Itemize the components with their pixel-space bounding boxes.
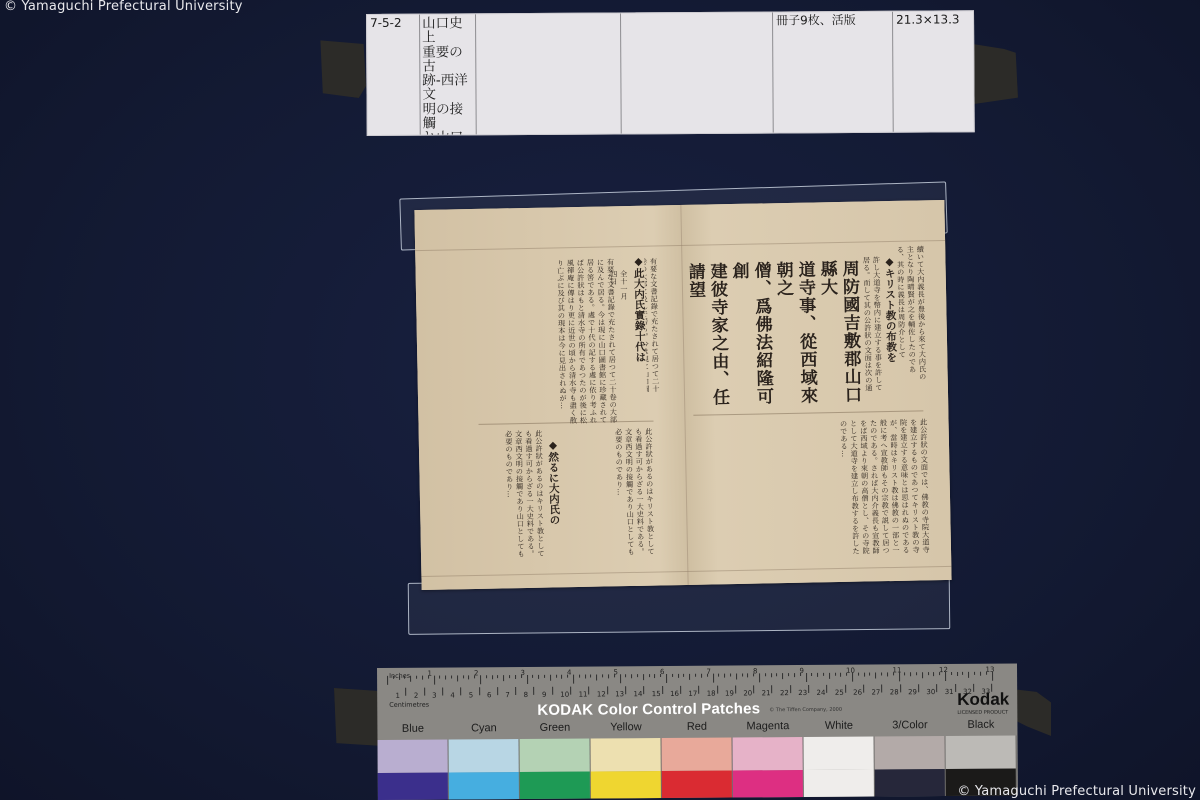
- patch-swatch-light: [661, 738, 731, 771]
- patch-white: [803, 737, 874, 797]
- ruler-inch-number: 10: [846, 667, 855, 675]
- intro-text: 續いて大内義長が豊後から來て大内氏の主となり陶晴賢が之を輔佐したのである、其の時…: [897, 245, 928, 386]
- ruler-tick: [451, 675, 452, 678]
- patch-swatch-light: [732, 737, 802, 770]
- body-text: 此公許狀があるのはキリスト教としても看過す可からざる一大史料である。文章西文明の…: [444, 430, 546, 562]
- ruler-cm-number: 29: [908, 688, 917, 696]
- ruler-tick: [457, 675, 458, 681]
- ruler-tick: [486, 675, 487, 678]
- ruler-tick: [747, 673, 748, 677]
- ruler-tick: [442, 688, 443, 696]
- ruler-cm-number: 8: [524, 691, 529, 699]
- ruler-cm-number: 10: [560, 691, 569, 699]
- ruler-tick: [479, 687, 480, 695]
- ruler-tick: [631, 674, 632, 678]
- ruler-cm-number: 17: [688, 690, 697, 698]
- ruler-tick: [552, 687, 553, 695]
- intro-text: 許し大道寺を幣内に建立する事を許して居る。而して其の公許狀の文面は次の通である……: [861, 256, 884, 396]
- ruler-cm-number: 3: [432, 692, 437, 700]
- ruler-tick: [957, 672, 958, 676]
- patch-green: [519, 739, 590, 799]
- ruler-tick: [637, 674, 638, 677]
- ruler-tick: [680, 686, 681, 694]
- ruler-tick: [955, 684, 956, 692]
- body-text: 有要な文書記錄で充たされて居つて二十卷の大部に及んで居る。今は現に山口圖書館に珍…: [430, 258, 618, 427]
- ruler-cm-number: 30: [926, 688, 935, 696]
- ruler-inch-number: 9: [800, 667, 805, 675]
- tape-piece: [334, 688, 382, 746]
- ruler-tick: [404, 676, 405, 679]
- ruler-tick: [835, 673, 836, 676]
- ruler-cm-number: 6: [487, 691, 492, 699]
- patch-3color: [874, 736, 945, 796]
- ruler-tick: [643, 686, 644, 694]
- patch-red: [661, 738, 732, 798]
- ruler-tick: [439, 676, 440, 679]
- ruler-tick: [951, 672, 952, 675]
- ruler-tick: [534, 687, 535, 695]
- ruler-tick: [405, 688, 406, 696]
- section-heading: ◆然るに大内氏の: [546, 439, 561, 549]
- ruler-cm-number: 11: [579, 691, 588, 699]
- ruler-tick: [666, 674, 667, 683]
- catalog-size: 21.3×13.3: [893, 11, 974, 131]
- catalog-column-empty: [621, 13, 774, 134]
- ruler-tick: [916, 672, 917, 675]
- ruler-tick: [717, 686, 718, 694]
- chart-copyright: © The Tiffen Company, 2000: [769, 707, 842, 714]
- ruler-cm-number: 2: [414, 692, 419, 700]
- ruler-tick: [492, 675, 493, 679]
- ruler-cm-number: 25: [835, 689, 844, 697]
- ruler-tick: [463, 675, 464, 678]
- ruler-tick: [735, 685, 736, 693]
- copyright-watermark-bottom: © Yamaguchi Prefectural University: [957, 784, 1196, 799]
- ruler-tick: [863, 685, 864, 693]
- kodak-color-control-patches: Inches Centimetres 123456789101112131234…: [377, 664, 1018, 800]
- ruler-cm-number: 31: [945, 688, 954, 696]
- ruler-tick: [497, 687, 498, 695]
- ruler-tick: [387, 676, 388, 685]
- catalog-id: 7-5-2: [367, 15, 421, 135]
- patch-swatch-dark: [662, 771, 732, 798]
- patch-label-white: White: [803, 720, 874, 736]
- catalog-label-card: 7-5-2 山口史上 重要の古 跡-西洋文 明の接觸 と山口と題 する文学 士渡…: [366, 10, 975, 136]
- ruler-inch-number: 12: [939, 666, 948, 674]
- ruler-tick: [460, 687, 461, 695]
- ruler-tick: [416, 676, 417, 679]
- ruler-tick: [607, 686, 608, 694]
- ruler-tick: [589, 687, 590, 695]
- ruler-tick: [829, 673, 830, 679]
- ruler-tick: [678, 674, 679, 678]
- ruler-tick: [573, 675, 574, 684]
- ruler-inch-number: 1: [428, 670, 433, 678]
- copyright-watermark-top: © Yamaguchi Prefectural University: [4, 0, 243, 14]
- ruler-tick: [730, 674, 731, 677]
- ruler-inch-number: 2: [474, 669, 479, 677]
- ruler-tick: [933, 672, 934, 676]
- newspaper-clipping: 全十一月四日 ◆此大内氏實錄十代は 有要な文書記錄で充たされて居つて二十卷の大部…: [414, 200, 951, 590]
- ruler-cm-number: 22: [780, 689, 789, 697]
- ruler-tick: [556, 675, 557, 678]
- patch-yellow: [590, 738, 661, 798]
- ruler-cm-number: 26: [853, 689, 862, 697]
- ruler-tick: [808, 685, 809, 693]
- chart-title: KODAK Color Control Patches: [537, 700, 760, 719]
- ruler-tick: [509, 675, 510, 678]
- patch-swatch-dark: [378, 773, 448, 800]
- catalog-format: 冊子9枚、活版: [773, 12, 894, 133]
- ruler-tick: [410, 676, 411, 682]
- ruler-tick: [550, 675, 551, 681]
- patch-swatch-dark: [449, 772, 519, 799]
- ruler-tick: [980, 672, 981, 676]
- patch-label-green: Green: [519, 722, 590, 738]
- ruler-cm-number: 24: [817, 689, 826, 697]
- ruler-tick: [393, 676, 394, 679]
- patch-swatch-dark: [875, 769, 945, 796]
- ruler-tick: [713, 674, 714, 683]
- ruler-tick: [826, 685, 827, 693]
- ruler-tick: [881, 684, 882, 692]
- ruler-tick: [654, 674, 655, 678]
- tape-piece: [318, 38, 366, 98]
- ruler-tick: [532, 675, 533, 678]
- ruler-tick: [672, 674, 673, 677]
- ruler-tick: [503, 675, 504, 681]
- patch-swatch-dark: [733, 770, 803, 797]
- ruler-tick: [772, 685, 773, 693]
- ruler-tick: [864, 673, 865, 677]
- ruler-tick: [683, 674, 684, 677]
- ruler-tick: [869, 673, 870, 676]
- ruler-tick: [724, 674, 725, 678]
- ruler-tick: [753, 685, 754, 693]
- ruler-tick: [399, 676, 400, 680]
- ruler-marks: 1234567891011121312345678910111213141516…: [377, 664, 1017, 668]
- ruler-tick: [736, 673, 737, 679]
- ruler-cm-number: 16: [670, 690, 679, 698]
- ruler-tick: [561, 675, 562, 679]
- ruler-cm-number: 19: [725, 690, 734, 698]
- ruler-tick: [794, 673, 795, 677]
- patch-label-3color: 3/Color: [874, 719, 945, 735]
- ruler-tick: [570, 687, 571, 695]
- ruler-tick: [974, 672, 975, 675]
- patch-label-yellow: Yellow: [590, 721, 661, 737]
- ruler-tick: [910, 672, 911, 676]
- ruler-cm-label: Centimetres: [389, 701, 429, 709]
- ruler-tick: [515, 687, 516, 695]
- ruler-cm-number: 20: [743, 689, 752, 697]
- catalog-column-empty: [476, 13, 622, 134]
- ruler-cm-number: 12: [597, 690, 606, 698]
- patch-swatch-light: [945, 736, 1015, 769]
- ruler-tick: [928, 672, 929, 675]
- patch-swatch-light: [590, 738, 660, 771]
- patch-label-magenta: Magenta: [732, 720, 803, 736]
- ruler-tick: [887, 672, 888, 676]
- color-patches: [378, 736, 1018, 800]
- ruler-cm-number: 7: [505, 691, 510, 699]
- ruler-tick: [968, 672, 969, 678]
- ruler-tick: [643, 674, 644, 680]
- patch-swatch-dark: [804, 770, 874, 797]
- ruler-tick: [662, 686, 663, 694]
- ruler-tick: [782, 673, 783, 679]
- ruler-tick: [904, 672, 905, 675]
- catalog-title: 山口史上 重要の古 跡-西洋文 明の接觸 と山口と題 する文学 士渡邊世 祐氏の…: [420, 14, 477, 134]
- ruler-tick: [527, 675, 528, 684]
- ruler-cm-number: 28: [890, 688, 899, 696]
- ruler-tick: [424, 688, 425, 696]
- ruler-tick: [790, 685, 791, 693]
- decree-text: 周防國吉敷郡山口縣大 道寺事、從西域來朝之 僧、爲佛法紹隆可創 建彼寺家之由、任…: [689, 260, 862, 411]
- ruler-tick: [422, 676, 423, 680]
- ruler: Inches Centimetres 123456789101112131234…: [377, 664, 1017, 706]
- ruler-tick: [689, 674, 690, 680]
- ruler-tick: [620, 674, 621, 683]
- patch-label-red: Red: [661, 721, 732, 737]
- ruler-tick: [695, 674, 696, 677]
- ruler-tick: [497, 675, 498, 678]
- ruler-tick: [776, 673, 777, 676]
- ruler-inch-number: 5: [614, 668, 619, 676]
- ruler-inch-number: 3: [521, 669, 526, 677]
- ruler-tick: [590, 675, 591, 678]
- patch-label-black: Black: [945, 719, 1016, 735]
- patch-label-blue: Blue: [377, 723, 448, 739]
- patch-label-cyan: Cyan: [448, 722, 519, 738]
- patch-swatch-light: [378, 740, 448, 773]
- ruler-tick: [759, 673, 760, 682]
- patch-swatch-light: [519, 739, 589, 772]
- ruler-inch-number: 8: [753, 667, 758, 675]
- ruler-tick: [515, 675, 516, 679]
- ruler-cm-number: 15: [652, 690, 661, 698]
- ruler-tick: [434, 676, 435, 685]
- ruler-tick: [962, 672, 963, 675]
- body-text: 此公許狀があるのはキリスト教としても看過す可からざる一大史料である。文章西文明の…: [564, 428, 656, 560]
- ruler-tick: [817, 673, 818, 677]
- ruler-tick: [596, 674, 597, 680]
- patch-cyan: [449, 739, 520, 799]
- ruler-tick: [845, 685, 846, 693]
- ruler-tick: [881, 672, 882, 675]
- ruler-tick: [585, 675, 586, 679]
- ruler-cm-number: 13: [615, 690, 624, 698]
- body-text: 此公許狀の文面では、佛教の寺院大道寺を建立するものであつてキリスト教の寺院を建立…: [704, 418, 932, 557]
- ruler-tick: [718, 674, 719, 677]
- patch-blue: [378, 740, 449, 800]
- patch-swatch-light: [803, 737, 873, 770]
- tape-piece: [972, 40, 1018, 104]
- ruler-tick: [858, 673, 859, 676]
- section-heading: ◆キリスト教の布教を: [882, 256, 898, 396]
- ruler-inch-number: 6: [660, 668, 665, 676]
- ruler-tick: [625, 674, 626, 677]
- ruler-cm-number: 27: [871, 688, 880, 696]
- ruler-cm-number: 18: [707, 690, 716, 698]
- ruler-tick: [823, 673, 824, 676]
- kodak-logo: Kodak: [957, 690, 1009, 710]
- licensed-product-text: LICENSED PRODUCT: [957, 710, 1008, 716]
- ruler-cm-number: 23: [798, 689, 807, 697]
- ruler-tick: [765, 673, 766, 676]
- ruler-cm-number: 5: [469, 691, 474, 699]
- ruler-tick: [480, 675, 481, 684]
- ruler-inch-number: 13: [985, 666, 994, 674]
- ruler-tick: [875, 673, 876, 679]
- ruler-cm-number: 1: [395, 692, 400, 700]
- ruler-cm-number: 21: [762, 689, 771, 697]
- ruler-tick: [936, 684, 937, 692]
- ruler-tick: [918, 684, 919, 692]
- ruler-tick: [445, 676, 446, 680]
- ruler-inch-number: 4: [567, 669, 572, 677]
- ruler-cm-number: 14: [633, 690, 642, 698]
- ruler-tick: [468, 675, 469, 679]
- ruler-tick: [900, 684, 901, 692]
- ruler-tick: [698, 686, 699, 694]
- ruler-inch-number: 7: [707, 668, 712, 676]
- ruler-tick: [701, 674, 702, 678]
- ruler-tick: [788, 673, 789, 676]
- ruler-tick: [742, 673, 743, 676]
- patch-swatch-dark: [520, 772, 590, 799]
- ruler-cm-number: 9: [542, 691, 547, 699]
- ruler-tick: [922, 672, 923, 678]
- right-page: 續いて大内義長が豊後から來て大内氏の主となり陶晴賢が之を輔佐したのである、其の時…: [679, 200, 951, 585]
- patch-swatch-light: [874, 736, 944, 769]
- ruler-tick: [806, 673, 807, 682]
- patch-magenta: [732, 737, 803, 797]
- patch-swatch-light: [449, 739, 519, 772]
- ruler-tick: [649, 674, 650, 677]
- ruler-tick: [840, 673, 841, 677]
- ruler-tick: [771, 673, 772, 677]
- ruler-tick: [538, 675, 539, 679]
- ruler-tick: [544, 675, 545, 678]
- ruler-tick: [602, 674, 603, 677]
- body-text: 有要な文書記錄で充たされて居つて二十卷の大部に及んで居る。今は現に山口圖書館に珍…: [644, 257, 661, 397]
- ruler-tick: [811, 673, 812, 676]
- divider: [693, 410, 923, 415]
- ruler-tick: [625, 686, 626, 694]
- ruler-cm-number: 4: [450, 691, 455, 699]
- left-page: 全十一月四日 ◆此大内氏實錄十代は 有要な文書記錄で充たされて居つて二十卷の大部…: [414, 205, 686, 590]
- ruler-tick: [608, 674, 609, 678]
- patch-swatch-dark: [591, 771, 661, 798]
- ruler-tick: [579, 675, 580, 678]
- ruler-inch-number: 11: [893, 666, 902, 674]
